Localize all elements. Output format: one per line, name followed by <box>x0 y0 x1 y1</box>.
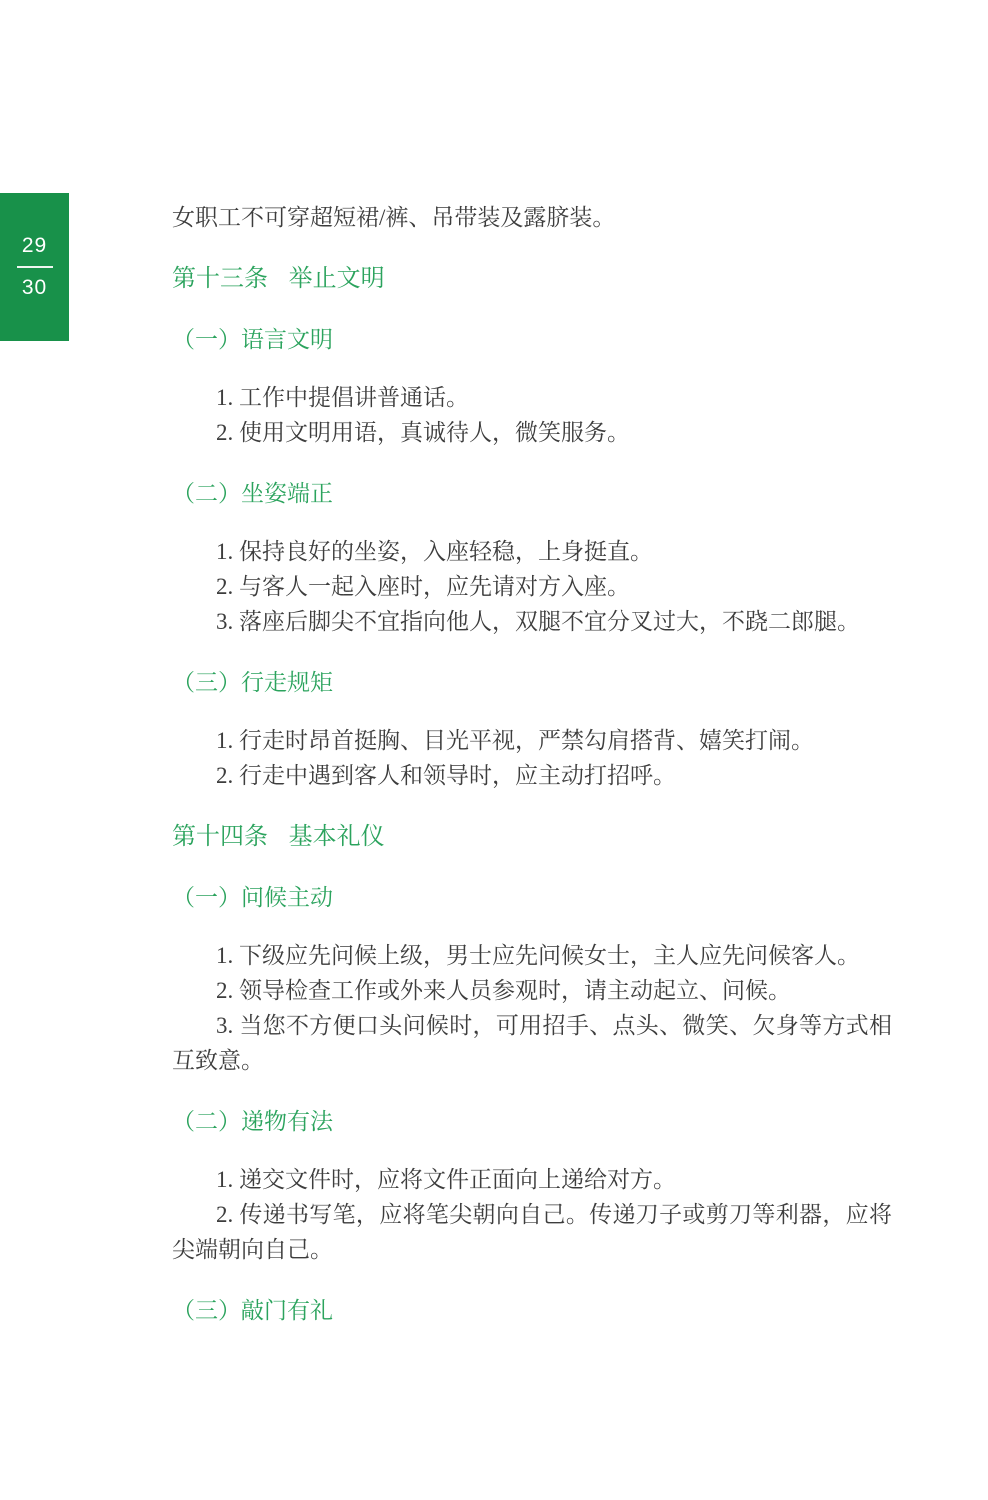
list-item: 1. 行走时昂首挺胸、目光平视，严禁勾肩搭背、嬉笑打闹。 <box>172 723 892 758</box>
document-page: 29 30 女职工不可穿超短裙/裤、吊带装及露脐装。 第十三条 举止文明 （一）… <box>0 0 988 1500</box>
sub-heading-13-3: （三）行走规矩 <box>172 665 892 700</box>
page-number-tab: 29 30 <box>0 193 69 341</box>
sub-heading-14-1: （一）问候主动 <box>172 880 892 915</box>
sub-heading-13-1: （一）语言文明 <box>172 322 892 357</box>
sub-heading-14-3: （三）敲门有礼 <box>172 1293 892 1328</box>
article-heading-13: 第十三条 举止文明 <box>172 261 892 296</box>
numbered-list-13-3: 1. 行走时昂首挺胸、目光平视，严禁勾肩搭背、嬉笑打闹。 2. 行走中遇到客人和… <box>172 723 892 793</box>
list-item: 1. 工作中提倡讲普通话。 <box>172 380 892 415</box>
numbered-list-13-1: 1. 工作中提倡讲普通话。 2. 使用文明用语，真诚待人，微笑服务。 <box>172 380 892 450</box>
list-item: 3. 当您不方便口头问候时，可用招手、点头、微笑、欠身等方式相互致意。 <box>172 1008 892 1078</box>
list-item: 2. 行走中遇到客人和领导时，应主动打招呼。 <box>172 758 892 793</box>
numbered-list-14-2: 1. 递交文件时，应将文件正面向上递给对方。 2. 传递书写笔，应将笔尖朝向自己… <box>172 1162 892 1267</box>
list-item: 1. 保持良好的坐姿，入座轻稳，上身挺直。 <box>172 534 892 569</box>
numbered-list-14-1: 1. 下级应先问候上级，男士应先问候女士，主人应先问候客人。 2. 领导检查工作… <box>172 938 892 1078</box>
list-item: 2. 使用文明用语，真诚待人，微笑服务。 <box>172 415 892 450</box>
sub-heading-13-2: （二）坐姿端正 <box>172 476 892 511</box>
page-number-top: 29 <box>22 234 47 258</box>
document-content: 女职工不可穿超短裙/裤、吊带装及露脐装。 第十三条 举止文明 （一）语言文明 1… <box>172 200 892 1328</box>
article-heading-14: 第十四条 基本礼仪 <box>172 819 892 854</box>
list-item: 1. 下级应先问候上级，男士应先问候女士，主人应先问候客人。 <box>172 938 892 973</box>
list-item: 2. 与客人一起入座时，应先请对方入座。 <box>172 569 892 604</box>
page-number-divider <box>17 266 53 268</box>
list-item: 2. 领导检查工作或外来人员参观时，请主动起立、问候。 <box>172 973 892 1008</box>
numbered-list-13-2: 1. 保持良好的坐姿，入座轻稳，上身挺直。 2. 与客人一起入座时，应先请对方入… <box>172 534 892 639</box>
list-item: 3. 落座后脚尖不宜指向他人，双腿不宜分叉过大，不跷二郎腿。 <box>172 604 892 639</box>
intro-paragraph: 女职工不可穿超短裙/裤、吊带装及露脐装。 <box>172 200 892 235</box>
list-item: 2. 传递书写笔，应将笔尖朝向自己。传递刀子或剪刀等利器，应将尖端朝向自己。 <box>172 1197 892 1267</box>
list-item: 1. 递交文件时，应将文件正面向上递给对方。 <box>172 1162 892 1197</box>
sub-heading-14-2: （二）递物有法 <box>172 1104 892 1139</box>
page-number-bottom: 30 <box>22 276 47 300</box>
